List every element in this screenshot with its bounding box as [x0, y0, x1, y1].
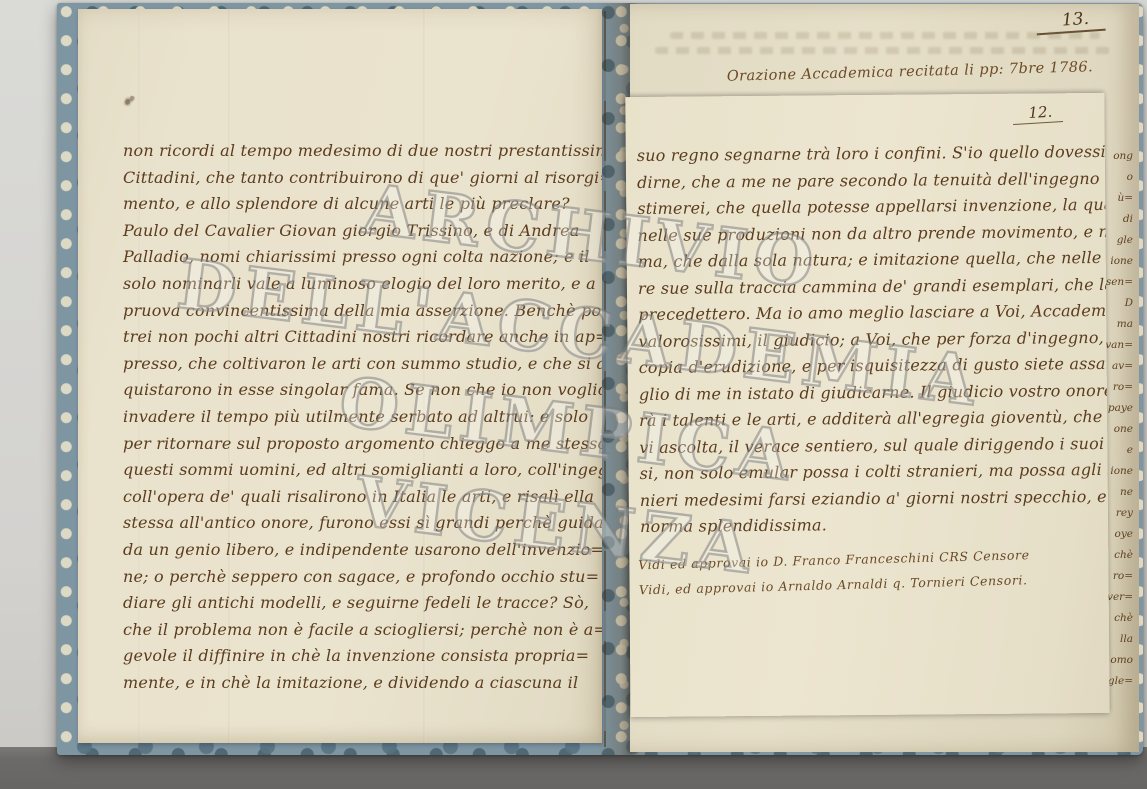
manuscript-line: non ricordi al tempo medesimo di due nos…	[123, 138, 598, 165]
manuscript-line: solo nominarli vale a luminoso elogio de…	[123, 271, 598, 298]
edge-fragment: ione	[1110, 461, 1133, 482]
edge-fragment: D	[1125, 293, 1133, 314]
manuscript-line: trei non pochi altri Cittadini nostri ri…	[123, 324, 598, 351]
manuscript-line: coll'opera de' quali risalirono in Itali…	[123, 484, 598, 511]
manuscript-line: precedettero. Ma io amo meglio lasciare …	[638, 298, 1104, 329]
manuscript-line: valorosissimi, il giudicio; a Voi, che p…	[638, 324, 1104, 355]
edge-fragment: di	[1123, 209, 1133, 230]
manuscript-line: stessa all'antico onore, furono essi sì …	[123, 510, 598, 537]
manuscript-line: vi ascolta, il verace sentiero, sul qual…	[639, 430, 1105, 461]
edge-fragment: lla	[1120, 629, 1133, 650]
right-page-text: suo regno segnarne trà loro i confini. S…	[637, 139, 1106, 541]
manuscript-line: Cittadini, che tanto contribuirono di qu…	[123, 165, 598, 192]
edge-fragment: rey	[1116, 503, 1133, 524]
manuscript-line: mente, e in chè la imitazione, e dividen…	[123, 670, 598, 697]
left-page: non ricordi al tempo medesimo di due nos…	[78, 9, 602, 743]
manuscript-line: glio di me in istato di giudicarne. Il g…	[639, 377, 1105, 408]
edge-fragment: ong	[1113, 146, 1133, 167]
manuscript-line: si, non solo emular possa i colti strani…	[639, 457, 1105, 488]
edge-fragment: gle	[1117, 230, 1133, 251]
edge-fragment: ione	[1110, 251, 1133, 272]
ink-smudge	[122, 94, 136, 109]
manuscript-line: per ritornare sul proposto argomento chi…	[123, 431, 598, 458]
manuscript-line: dirne, che a me ne pare secondo la tenui…	[637, 165, 1103, 196]
page-number-12: 12.	[1012, 102, 1063, 125]
manuscript-line: da un genio libero, e indipendente usaro…	[123, 537, 598, 564]
censor-approval-lines: Vidi ed approvai io D. Franco Franceschi…	[638, 542, 1031, 602]
manuscript-line: suo regno segnarne trà loro i confini. S…	[637, 139, 1103, 170]
edge-fragment: van=	[1105, 335, 1133, 356]
right-page-folio-12: 12. suo regno segnarne trà loro i confin…	[625, 93, 1109, 717]
manuscript-line: diare gli antichi modelli, e seguirne fe…	[123, 590, 598, 617]
edge-fragment: ro=	[1113, 566, 1133, 587]
manuscript-line: norma splendidissima.	[640, 510, 1106, 541]
manuscript-line: gevole il diffinire in chè la invenzione…	[123, 643, 598, 670]
manuscript-line: re sue sulla traccia cammina de' grandi …	[638, 271, 1104, 302]
edge-fragment: ne	[1120, 482, 1133, 503]
edge-fragment: chè	[1114, 545, 1133, 566]
manuscript-line: questi sommi uomini, ed altri somigliant…	[123, 457, 598, 484]
edge-fragment: ro=	[1113, 377, 1133, 398]
manuscript-line: ne; o perchè seppero con sagace, e profo…	[123, 564, 598, 591]
manuscript-line: ma, che dalla sola natura; e imitazione …	[638, 245, 1104, 276]
manuscript-line: stimerei, che quella potesse appellarsi …	[637, 192, 1103, 223]
edge-fragment: one	[1114, 419, 1133, 440]
scanned-manuscript-spread: { "watermark": { "lines": ["ARCHIVIO", "…	[0, 0, 1147, 789]
manuscript-line: nelle sue produzioni non da altro prende…	[637, 218, 1103, 249]
bleed-through-text	[670, 32, 1100, 39]
manuscript-line: nieri medesimi farsi eziandio a' giorni …	[640, 483, 1106, 514]
bleed-through-text	[655, 47, 1110, 54]
manuscript-line: Paulo del Cavalier Giovan giorgio Trissi…	[123, 218, 598, 245]
binding-fold-line	[604, 11, 606, 747]
edge-fragment: paye	[1108, 398, 1133, 419]
edge-fragment: oye	[1115, 524, 1133, 545]
edge-fragment: chè	[1114, 608, 1133, 629]
manuscript-line: quistarono in esse singolar fama. Se non…	[123, 377, 598, 404]
manuscript-line: che il problema non è facile a scioglier…	[123, 617, 598, 644]
oration-heading: Orazione Accademica recitata li pp: 7bre…	[710, 59, 1110, 85]
left-page-text: non ricordi al tempo medesimo di due nos…	[123, 138, 598, 696]
edge-fragment: omo	[1110, 650, 1133, 671]
edge-fragment: ver=	[1107, 587, 1133, 608]
manuscript-line: Palladio, nomi chiarissimi presso ogni c…	[123, 244, 598, 271]
edge-fragment: o	[1127, 167, 1133, 188]
edge-fragment: av=	[1112, 356, 1133, 377]
edge-fragment: ma	[1117, 314, 1133, 335]
manuscript-line: mento, e allo splendore di alcune arti l…	[123, 191, 598, 218]
edge-fragment: sen=	[1106, 272, 1133, 293]
manuscript-line: invadere il tempo più utilmente serbato …	[123, 404, 598, 431]
manuscript-line: pruova convincentissima della mia asserz…	[123, 298, 598, 325]
manuscript-line: presso, che coltivaron le arti con summo…	[123, 351, 598, 378]
edge-fragment: ù=	[1117, 188, 1133, 209]
manuscript-line: rà i talenti e le arti, e additerà all'e…	[639, 404, 1105, 435]
book-cover-marbled: non ricordi al tempo medesimo di due nos…	[57, 3, 1143, 755]
manuscript-line: copia d'erudizione, e per isquisitezza d…	[639, 351, 1105, 382]
edge-fragment: e	[1127, 440, 1133, 461]
